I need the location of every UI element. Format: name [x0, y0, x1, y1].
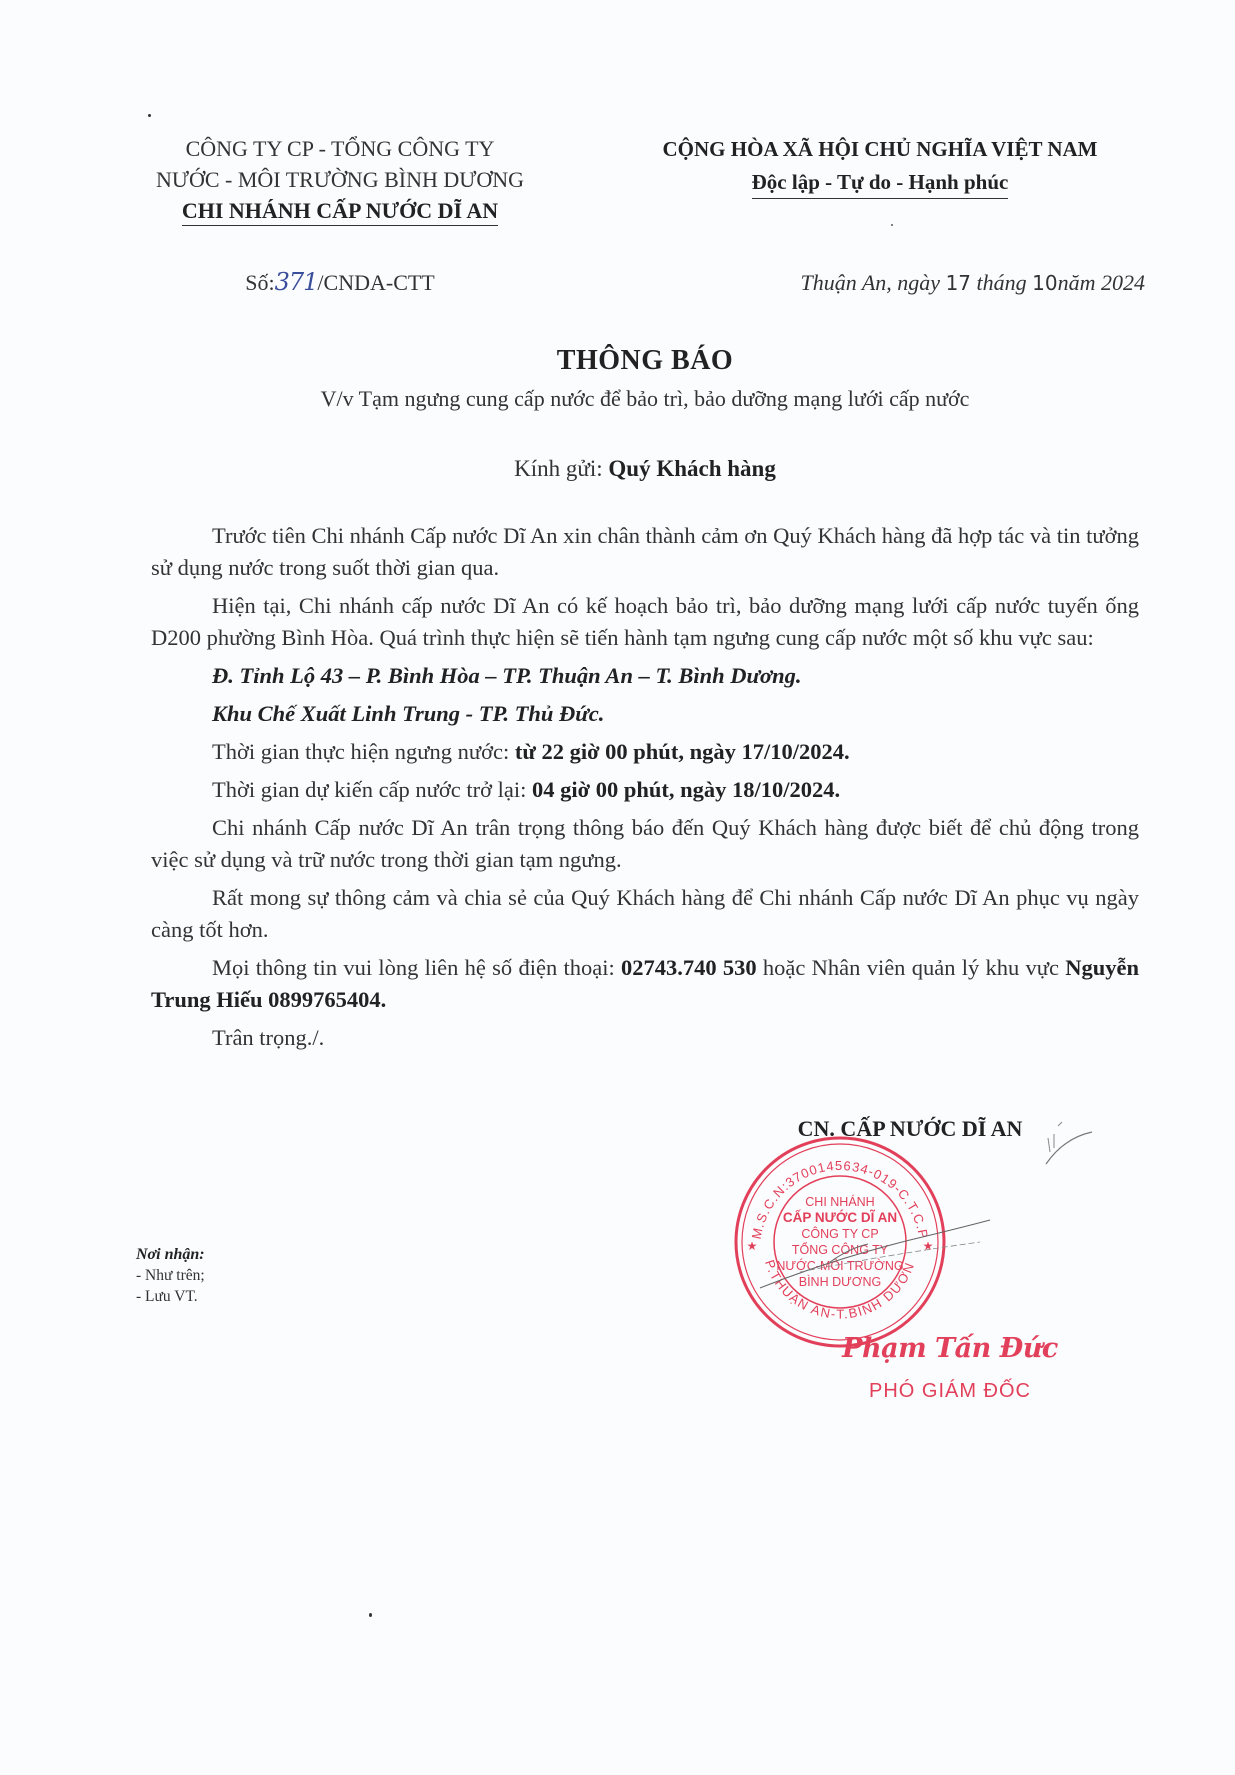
month-handwritten: 10	[1032, 271, 1057, 295]
place-prefix: Thuận An, ngày	[801, 270, 946, 295]
signer-name: Phạm Tấn Đức	[830, 1333, 1070, 1364]
branch-name: CHI NHÁNH CẤP NƯỚC DĨ AN	[182, 197, 498, 226]
recipient-item: - Như trên;	[136, 1265, 205, 1286]
paragraph-maintenance-plan: Hiện tại, Chi nhánh cấp nước Dĩ An có kế…	[151, 590, 1139, 654]
recipient-item: - Lưu VT.	[136, 1286, 205, 1307]
handwritten-signature-icon	[740, 1200, 1000, 1290]
month-prefix: tháng	[971, 270, 1032, 295]
closing: Trân trọng./.	[151, 1022, 1139, 1054]
signer-title: PHÓ GIÁM ĐỐC	[830, 1380, 1070, 1403]
paragraph-notice: Chi nhánh Cấp nước Dĩ An trân trọng thôn…	[151, 812, 1139, 876]
day-handwritten: 17	[946, 271, 971, 295]
paragraph-apology: Rất mong sự thông cảm và chia sẻ của Quý…	[151, 882, 1139, 946]
scan-speck	[369, 1613, 372, 1617]
affected-area-1: Đ. Tỉnh Lộ 43 – P. Bình Hòa – TP. Thuận …	[151, 660, 1139, 692]
document-body: Trước tiên Chi nhánh Cấp nước Dĩ An xin …	[151, 520, 1139, 1060]
stop-time: Thời gian thực hiện ngưng nước: từ 22 gi…	[151, 736, 1139, 768]
paragraph-thanks: Trước tiên Chi nhánh Cấp nước Dĩ An xin …	[151, 520, 1139, 584]
salutation-recipient: Quý Khách hàng	[608, 456, 775, 481]
scan-speck	[891, 224, 893, 226]
salutation-label: Kính gửi:	[514, 456, 608, 481]
document-title: THÔNG BÁO	[0, 345, 1235, 377]
initial-mark-icon	[1040, 1118, 1100, 1168]
affected-area-2: Khu Chế Xuất Linh Trung - TP. Thủ Đức.	[151, 698, 1139, 730]
org-line-2: NƯỚC - MÔI TRƯỜNG BÌNH DƯƠNG	[120, 164, 560, 195]
document-number: Số:371/CNDA-CTT	[120, 268, 560, 296]
paragraph-contact: Mọi thông tin vui lòng liên hệ số điện t…	[151, 952, 1139, 1016]
stop-time-value: từ 22 giờ 00 phút, ngày 17/10/2024.	[515, 739, 850, 764]
salutation: Kính gửi: Quý Khách hàng	[0, 456, 1235, 482]
org-line-1: CÔNG TY CP - TỔNG CÔNG TY	[120, 133, 560, 164]
contact-phone: 02743.740 530	[621, 955, 757, 980]
issuing-organization: CÔNG TY CP - TỔNG CÔNG TY NƯỚC - MÔI TRƯ…	[120, 133, 560, 226]
resume-time-value: 04 giờ 00 phút, ngày 18/10/2024.	[532, 777, 840, 802]
recipients-title: Nơi nhận:	[136, 1244, 205, 1265]
recipients-list: Nơi nhận: - Như trên; - Lưu VT.	[136, 1244, 205, 1307]
year-text: năm 2024	[1058, 270, 1145, 295]
doc-number-suffix: /CNDA-CTT	[317, 270, 434, 295]
resume-time: Thời gian dự kiến cấp nước trở lại: 04 g…	[151, 774, 1139, 806]
national-motto: Độc lập - Tự do - Hạnh phúc	[752, 169, 1009, 199]
national-heading: CỘNG HÒA XÃ HỘI CHỦ NGHĨA VIỆT NAM Độc l…	[600, 133, 1160, 199]
doc-number-handwritten: 371	[275, 268, 318, 296]
doc-number-prefix: Số:	[245, 270, 274, 295]
place-date: Thuận An, ngày 17 tháng 10năm 2024	[600, 270, 1145, 296]
document-subject: V/v Tạm ngưng cung cấp nước để bảo trì, …	[0, 386, 1235, 412]
scan-speck	[148, 114, 151, 117]
country-name: CỘNG HÒA XÃ HỘI CHỦ NGHĨA VIỆT NAM	[600, 133, 1160, 166]
